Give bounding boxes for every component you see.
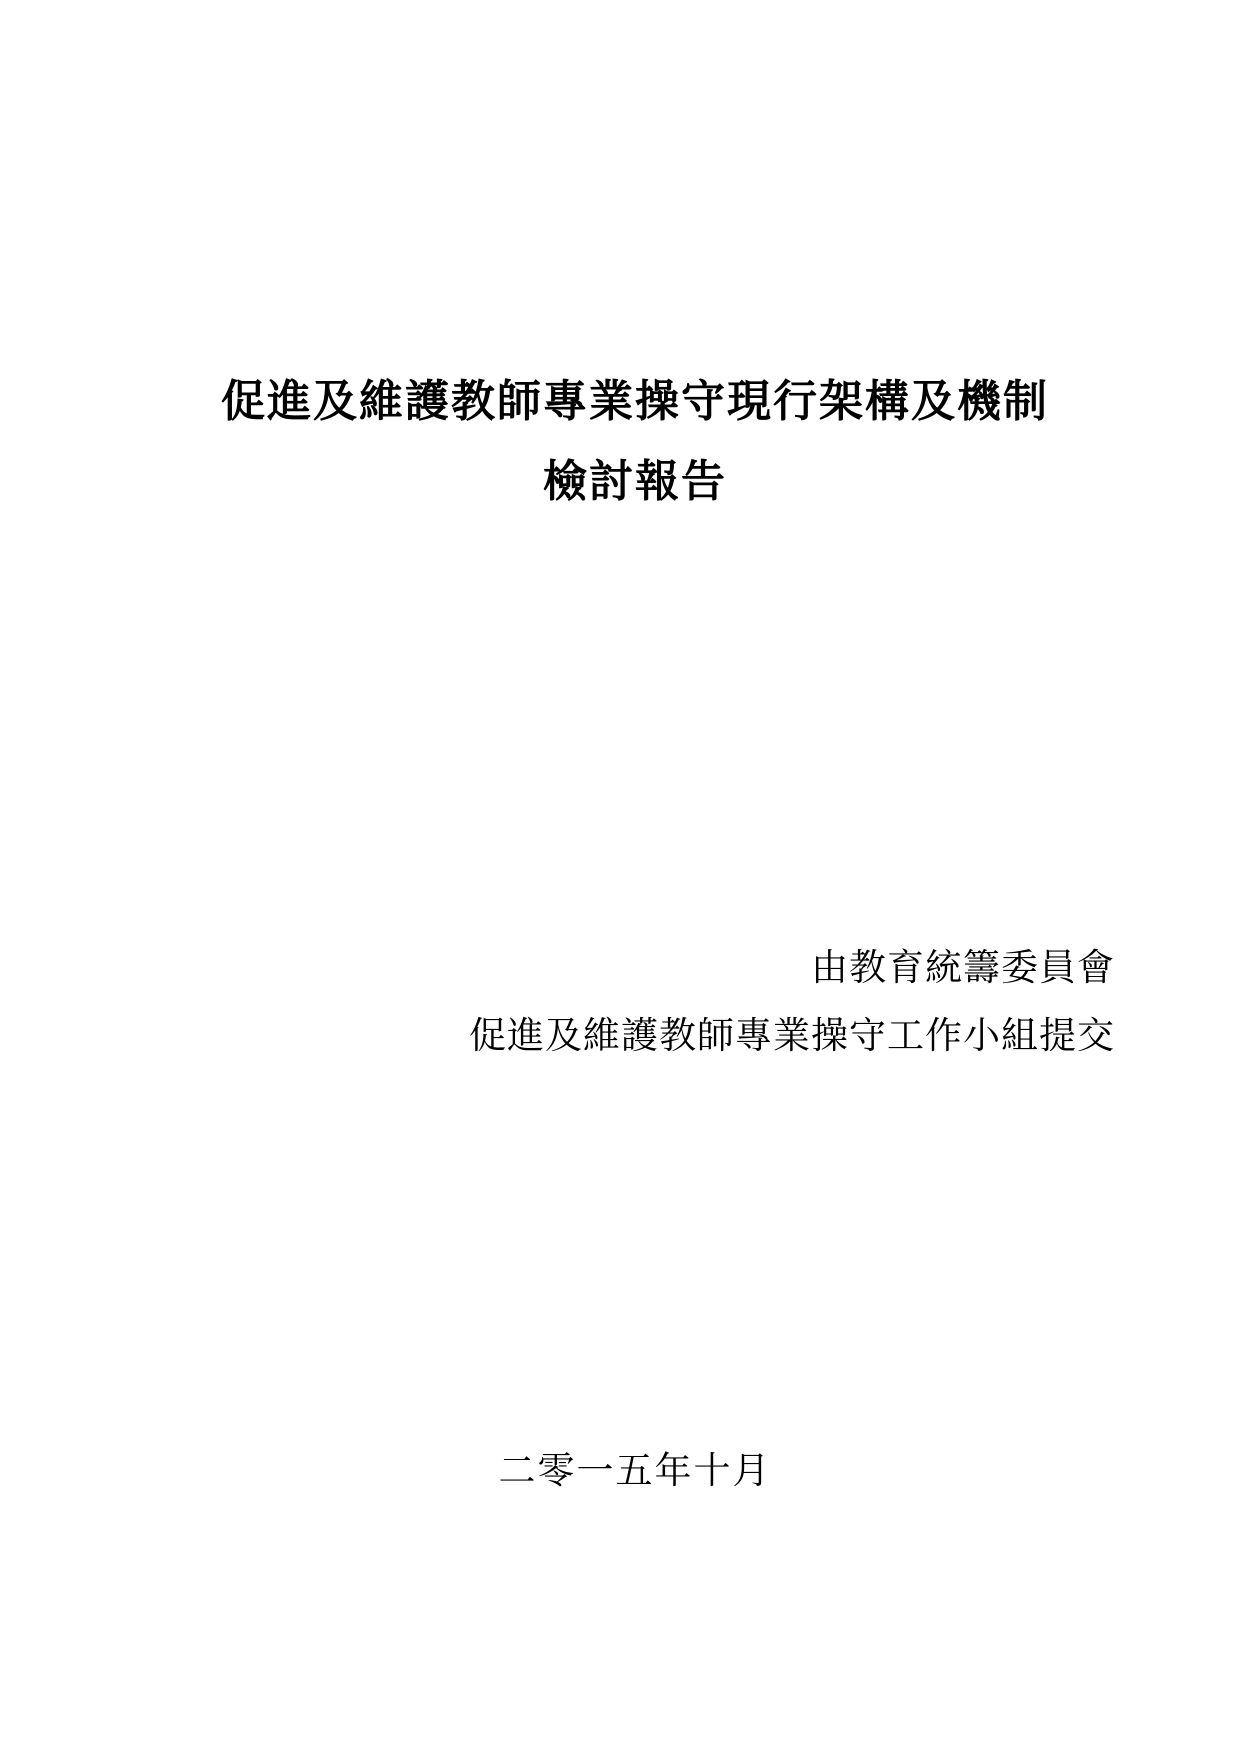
document-cover-page: 促進及維護教師專業操守現行架構及機制 檢討報告 由教育統籌委員會 促進及維護教師… xyxy=(0,0,1241,1755)
report-title: 促進及維護教師專業操守現行架構及機制 檢討報告 xyxy=(150,362,1120,522)
report-title-line2: 檢討報告 xyxy=(150,442,1120,522)
report-title-line1: 促進及維護教師專業操守現行架構及機制 xyxy=(150,362,1120,442)
submitted-by-line1: 由教育統籌委員會 xyxy=(469,935,1115,1003)
submitted-by-block: 由教育統籌委員會 促進及維護教師專業操守工作小組提交 xyxy=(469,935,1115,1071)
publication-date: 二零一五年十月 xyxy=(150,1448,1120,1496)
submitted-by-line2: 促進及維護教師專業操守工作小組提交 xyxy=(469,1003,1115,1071)
